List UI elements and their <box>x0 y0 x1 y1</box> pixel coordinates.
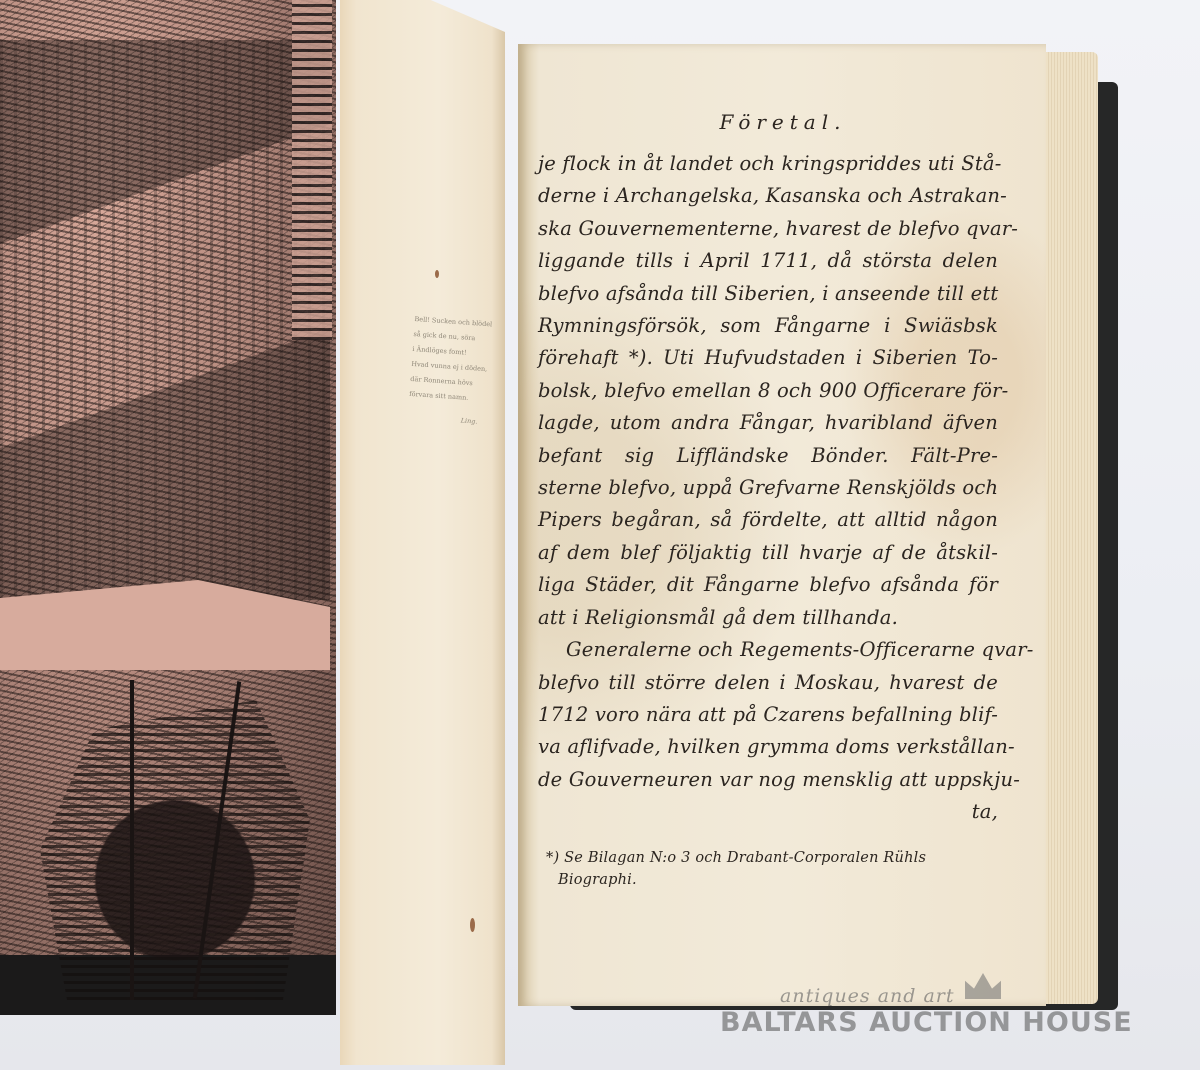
engraving-ship <box>40 700 310 1000</box>
frontispiece-engraving <box>0 0 336 1015</box>
engraving-tower <box>292 0 332 340</box>
paragraph2-line: blefvo till större delen i Moskau, hvare… <box>538 667 998 699</box>
body-line: liga Städer, dit Fångarne blefvo afsånda… <box>538 569 998 601</box>
footnote-line: Biographi. <box>546 869 998 891</box>
body-line: bolsk, blefvo emellan 8 och 900 Officera… <box>538 375 998 407</box>
body-line: ska Gouvernementerne, hvarest de blefvo … <box>538 213 998 245</box>
foxing-stain <box>470 918 475 932</box>
footnote-line: *) Se Bilagan N:o 3 och Drabant-Corporal… <box>546 847 998 869</box>
body-line: blefvo afsånda till Siberien, i anseende… <box>538 278 998 310</box>
watermark-name: BALTARS AUCTION HOUSE <box>720 1007 1133 1038</box>
flyleaf-page <box>340 0 505 1065</box>
body-line: lagde, utom andra Fångar, hvaribland äfv… <box>538 407 998 439</box>
body-line: af dem blef följaktig till hvarje af de … <box>538 537 998 569</box>
body-line: Rymningsförsök, som Fångarne i Swiäsbsk <box>538 310 998 342</box>
foxing-stain <box>435 270 439 278</box>
preface-page: Företal. je flock in åt landet och kring… <box>518 44 1046 1006</box>
body-line: att i Religionsmål gå dem tillhanda. <box>538 602 998 634</box>
paragraph2-line: Generalerne och Regements-Officerarne qv… <box>538 634 998 666</box>
body-line: liggande tills i April 1711, då största … <box>538 245 998 277</box>
body-line: sterne blefvo, uppå Grefvarne Renskjölds… <box>538 472 998 504</box>
paragraph2-line: va aflifvade, hvilken grymma doms verkst… <box>538 731 998 763</box>
engraving-mast <box>130 680 134 1000</box>
body-line: derne i Archangelska, Kasanska och Astra… <box>538 180 998 212</box>
catchword: ta, <box>538 796 998 828</box>
body-line: Pipers begåran, så fördelte, att alltid … <box>538 504 998 536</box>
flyleaf-verse: Bell! Sucken och blödel så gick de nu, s… <box>407 312 485 430</box>
paragraph2-line: 1712 voro nära att på Czarens befallning… <box>538 699 998 731</box>
running-head: Företal. <box>538 110 998 134</box>
footnote: *) Se Bilagan N:o 3 och Drabant-Corporal… <box>538 847 998 891</box>
body-line: förehaft *). Uti Hufvudstaden i Siberien… <box>538 342 998 374</box>
body-line: befant sig Liffländske Bönder. Fält-Pre- <box>538 440 998 472</box>
engraving-rooftops <box>0 40 330 600</box>
body-line: je flock in åt landet och kringspriddes … <box>538 148 998 180</box>
page-block-edges <box>1040 52 1098 1004</box>
page-text-block: Företal. je flock in åt landet och kring… <box>538 110 998 891</box>
paragraph2-line: de Gouverneuren var nog mensklig att upp… <box>538 764 998 796</box>
